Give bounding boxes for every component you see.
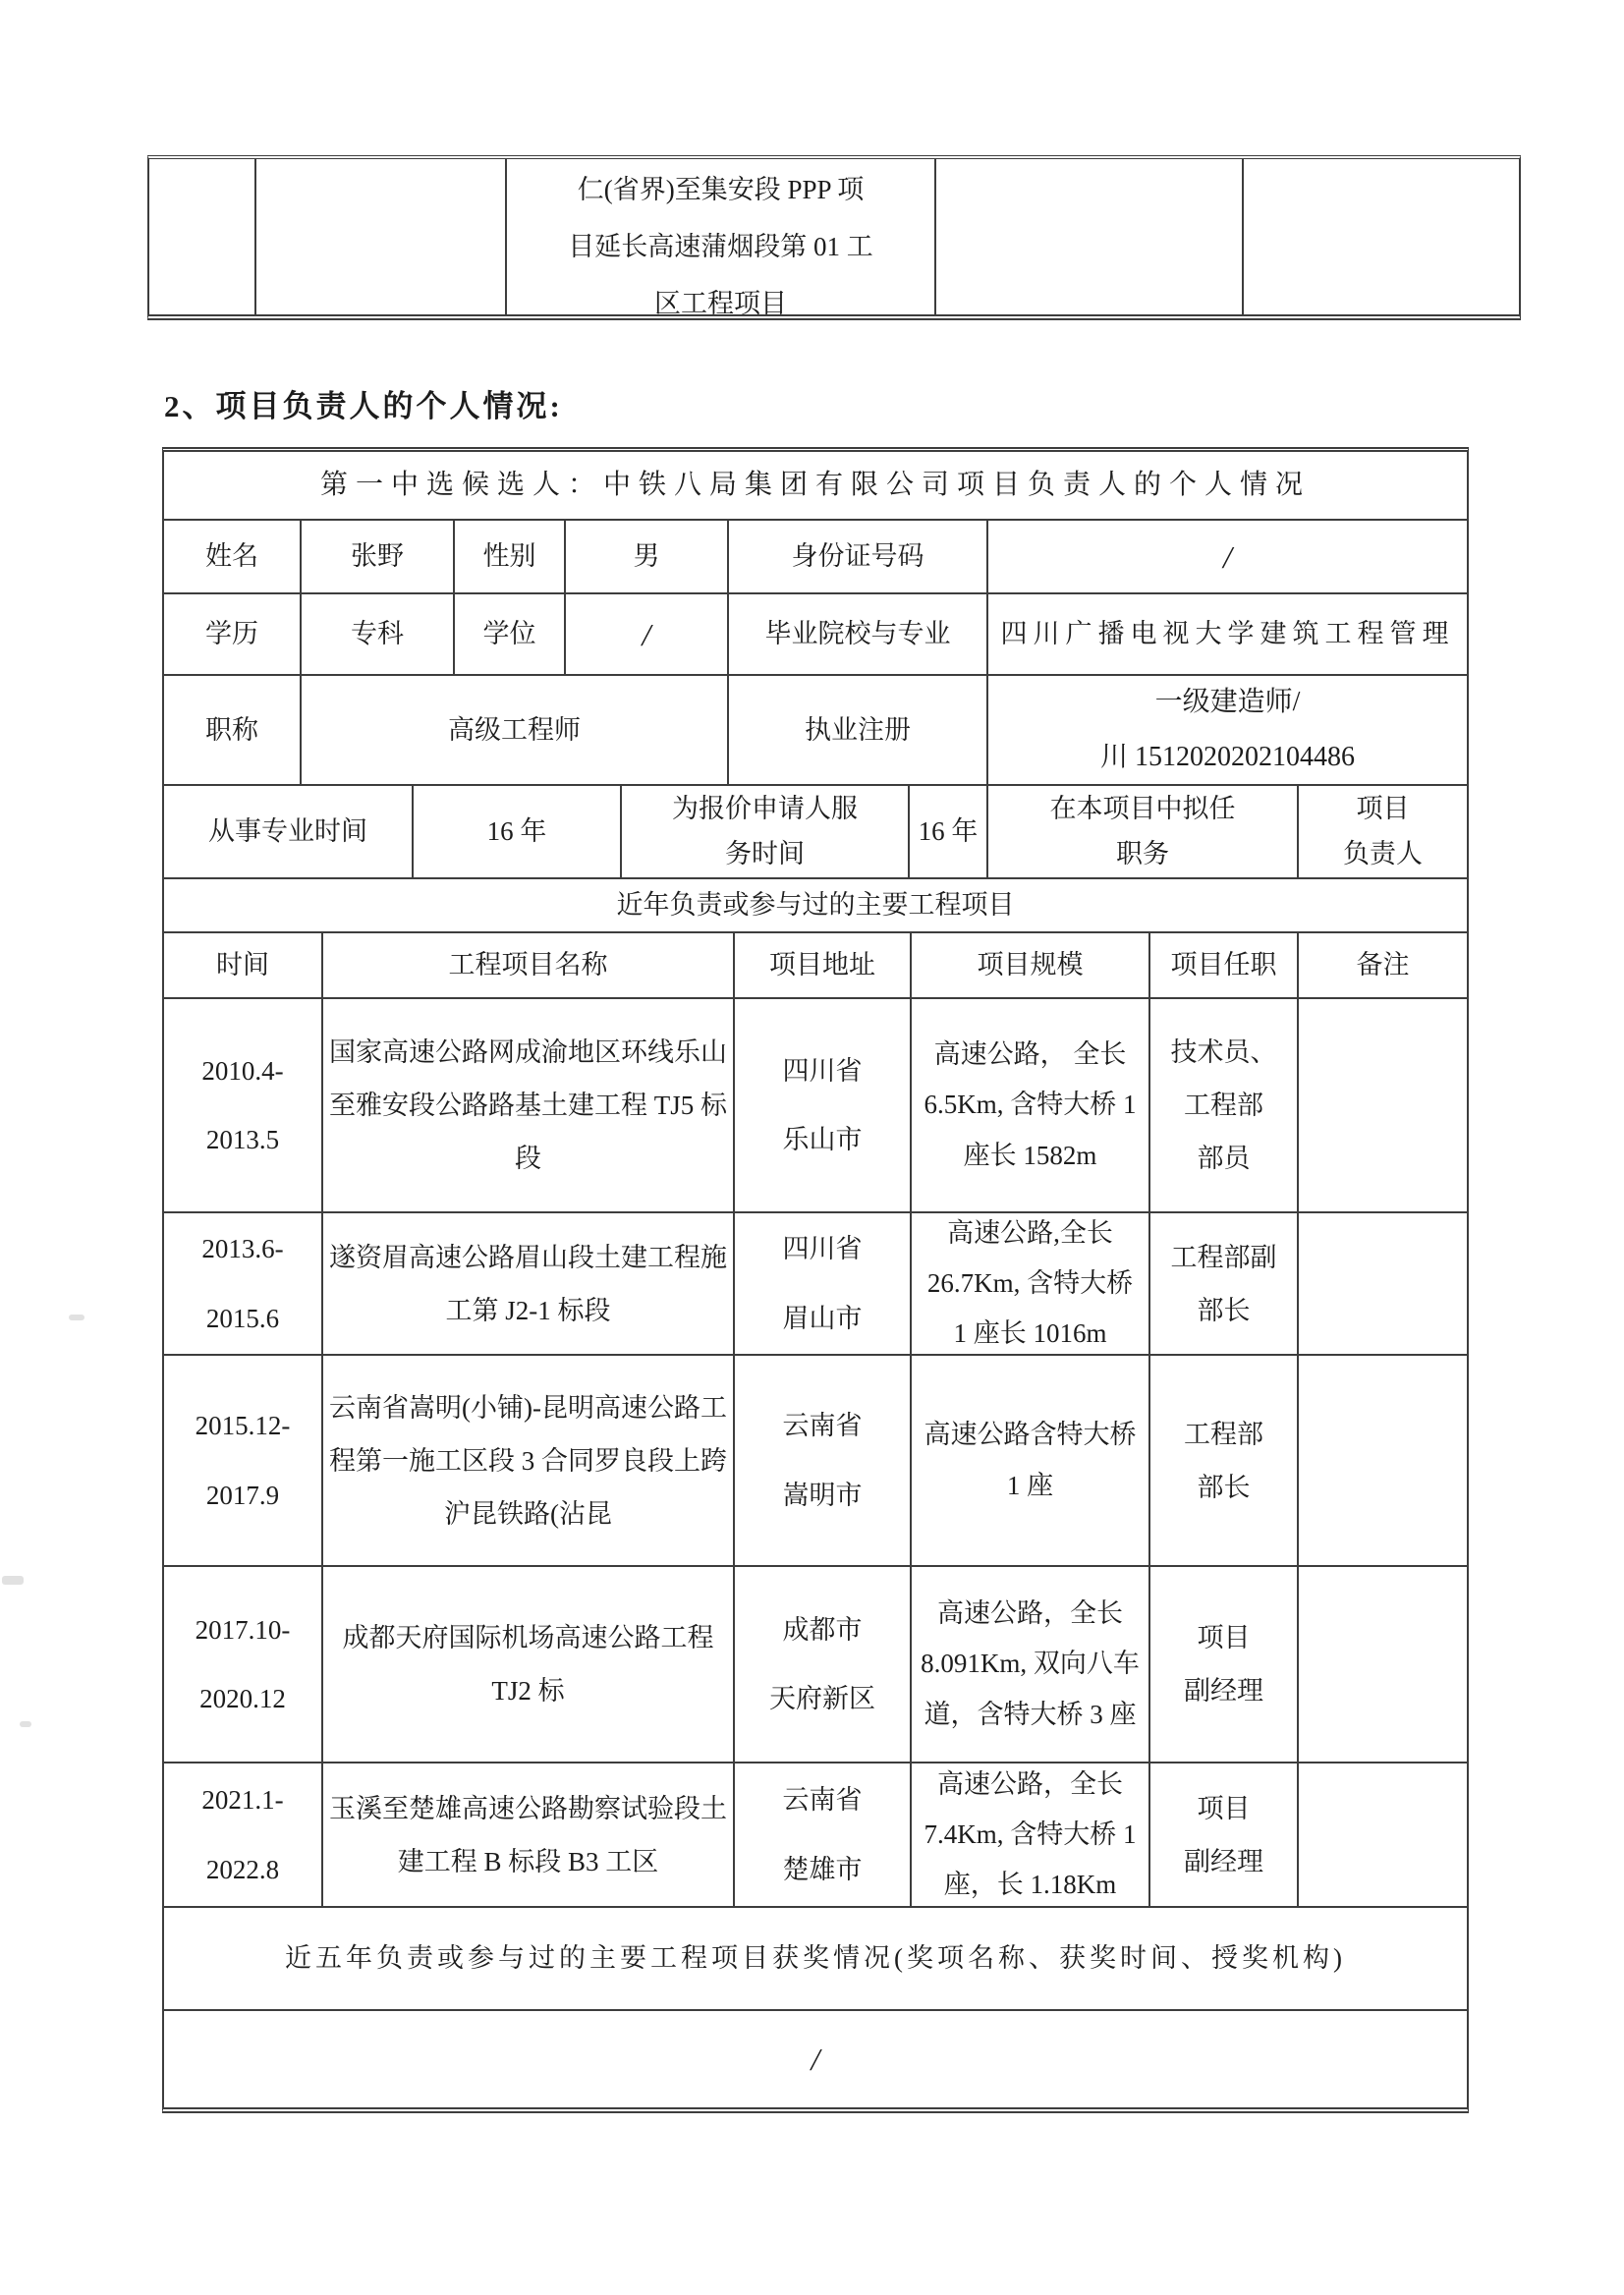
project-name: 玉溪至楚雄高速公路勘察试验段土建工程 B 标段 B3 工区 [323, 1763, 735, 1906]
table-row: 仁(省界)至集安段 PPP 项 目延长高速蒲烟段第 01 工 区工程项目 [149, 159, 1519, 314]
section-heading: 2、项目负责人的个人情况: [164, 381, 563, 425]
awards-value: / [164, 2011, 1467, 2107]
scan-artifact [20, 1721, 31, 1727]
school-label: 毕业院校与专业 [729, 594, 988, 674]
candidate-info-table: 第一中选候选人：中铁八局集团有限公司项目负责人的个人情况 姓名 张野 性别 男 … [162, 447, 1469, 2113]
project-row: 2017.10- 2020.12 成都天府国际机场高速公路工程 TJ2 标 成都… [164, 1567, 1467, 1763]
empty-cell [256, 159, 507, 314]
project-scale: 高速公路含特大桥 1 座 [912, 1356, 1150, 1565]
column-header-note: 备注 [1299, 933, 1467, 997]
project-note [1299, 1213, 1467, 1354]
project-scale: 高速公路，全长 7.4Km, 含特大桥 1 座，长 1.18Km [912, 1763, 1150, 1906]
project-note [1299, 1356, 1467, 1565]
column-header-role: 项目任职 [1150, 933, 1299, 997]
registration-value: 一级建造师/ 川 1512020202104486 [988, 676, 1467, 784]
id-label: 身份证号码 [729, 521, 988, 592]
project-role: 工程部 部长 [1150, 1356, 1299, 1565]
column-header-name: 工程项目名称 [323, 933, 735, 997]
position-label: 在本项目中拟任 职务 [988, 786, 1299, 877]
id-value: / [988, 521, 1467, 592]
degree-label: 学位 [455, 594, 566, 674]
document-page: 仁(省界)至集安段 PPP 项 目延长高速蒲烟段第 01 工 区工程项目 2、项… [0, 0, 1624, 2295]
projects-banner-row: 近年负责或参与过的主要工程项目 [164, 879, 1467, 933]
project-name: 成都天府国际机场高速公路工程 TJ2 标 [323, 1567, 735, 1762]
empty-cell [936, 159, 1244, 314]
project-place: 云南省 楚雄市 [735, 1763, 912, 1906]
candidate-title: 第一中选候选人：中铁八局集团有限公司项目负责人的个人情况 [164, 452, 1467, 519]
project-place: 云南省 嵩明市 [735, 1356, 912, 1565]
prof-title-label: 职称 [164, 676, 302, 784]
registration-label: 执业注册 [729, 676, 988, 784]
project-name: 云南省嵩明(小铺)-昆明高速公路工程第一施工区段 3 合同罗良段上跨沪昆铁路(沾… [323, 1356, 735, 1565]
project-scale: 高速公路，全长 8.091Km, 双向八车道，含特大桥 3 座 [912, 1567, 1150, 1762]
name-row: 姓名 张野 性别 男 身份证号码 / [164, 521, 1467, 594]
empty-cell [1244, 159, 1519, 314]
project-name-cell: 仁(省界)至集安段 PPP 项 目延长高速蒲烟段第 01 工 区工程项目 [507, 159, 936, 314]
project-scale: 高速公路， 全长 6.5Km, 含特大桥 1 座长 1582m [912, 999, 1150, 1211]
project-note [1299, 1567, 1467, 1762]
previous-page-table-fragment: 仁(省界)至集安段 PPP 项 目延长高速蒲烟段第 01 工 区工程项目 [147, 155, 1521, 320]
column-header-time: 时间 [164, 933, 323, 997]
gender-label: 性别 [455, 521, 566, 592]
project-row: 2015.12- 2017.9 云南省嵩明(小铺)-昆明高速公路工程第一施工区段… [164, 1356, 1467, 1567]
project-scale: 高速公路,全长 26.7Km, 含特大桥 1 座长 1016m [912, 1213, 1150, 1354]
project-row: 2013.6- 2015.6 遂资眉高速公路眉山段土建工程施工第 J2-1 标段… [164, 1213, 1467, 1356]
table-title-row: 第一中选候选人：中铁八局集团有限公司项目负责人的个人情况 [164, 452, 1467, 521]
column-header-scale: 项目规模 [912, 933, 1150, 997]
awards-banner: 近五年负责或参与过的主要工程项目获奖情况(奖项名称、获奖时间、授奖机构) [164, 1908, 1467, 2009]
project-time: 2013.6- 2015.6 [164, 1213, 323, 1354]
project-note [1299, 999, 1467, 1211]
project-place: 成都市 天府新区 [735, 1567, 912, 1762]
projects-banner: 近年负责或参与过的主要工程项目 [164, 879, 1467, 931]
prof-title-value: 高级工程师 [302, 676, 729, 784]
title-registration-row: 职称 高级工程师 执业注册 一级建造师/ 川 1512020202104486 [164, 676, 1467, 786]
years-value: 16 年 [414, 786, 622, 877]
project-role: 项目 副经理 [1150, 1567, 1299, 1762]
service-years-value: 16 年 [910, 786, 988, 877]
service-years-label: 为报价申请人服 务时间 [622, 786, 910, 877]
project-role: 工程部副 部长 [1150, 1213, 1299, 1354]
gender-value: 男 [566, 521, 729, 592]
project-row: 2021.1- 2022.8 玉溪至楚雄高速公路勘察试验段土建工程 B 标段 B… [164, 1763, 1467, 1908]
project-time: 2017.10- 2020.12 [164, 1567, 323, 1762]
project-place: 四川省 乐山市 [735, 999, 912, 1211]
project-time: 2021.1- 2022.8 [164, 1763, 323, 1906]
project-name: 国家高速公路网成渝地区环线乐山至雅安段公路路基土建工程 TJ5 标段 [323, 999, 735, 1211]
project-role: 项目 副经理 [1150, 1763, 1299, 1906]
name-value: 张野 [302, 521, 455, 592]
project-note [1299, 1763, 1467, 1906]
position-value: 项目 负责人 [1299, 786, 1467, 877]
project-place: 四川省 眉山市 [735, 1213, 912, 1354]
school-value: 四川广播电视大学建筑工程管理 [988, 594, 1467, 674]
projects-header-row: 时间 工程项目名称 项目地址 项目规模 项目任职 备注 [164, 933, 1467, 999]
project-time: 2015.12- 2017.9 [164, 1356, 323, 1565]
name-label: 姓名 [164, 521, 302, 592]
scan-artifact [69, 1315, 84, 1320]
project-name: 遂资眉高速公路眉山段土建工程施工第 J2-1 标段 [323, 1213, 735, 1354]
education-value: 专科 [302, 594, 455, 674]
education-row: 学历 专科 学位 / 毕业院校与专业 四川广播电视大学建筑工程管理 [164, 594, 1467, 676]
project-row: 2010.4- 2013.5 国家高速公路网成渝地区环线乐山至雅安段公路路基土建… [164, 999, 1467, 1213]
empty-cell [149, 159, 256, 314]
awards-value-row: / [164, 2011, 1467, 2107]
years-label: 从事专业时间 [164, 786, 414, 877]
awards-banner-row: 近五年负责或参与过的主要工程项目获奖情况(奖项名称、获奖时间、授奖机构) [164, 1908, 1467, 2011]
education-label: 学历 [164, 594, 302, 674]
project-role: 技术员、 工程部 部员 [1150, 999, 1299, 1211]
scan-artifact [2, 1576, 24, 1585]
project-time: 2010.4- 2013.5 [164, 999, 323, 1211]
degree-value: / [566, 594, 729, 674]
experience-row: 从事专业时间 16 年 为报价申请人服 务时间 16 年 在本项目中拟任 职务 … [164, 786, 1467, 879]
column-header-place: 项目地址 [735, 933, 912, 997]
